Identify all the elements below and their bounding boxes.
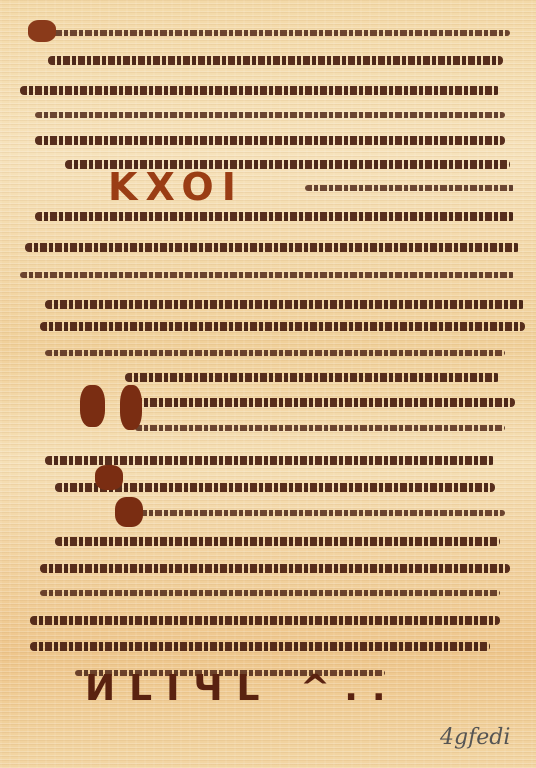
script-line (40, 30, 510, 36)
ink-blot (28, 20, 56, 42)
script-line (45, 300, 525, 309)
script-line (25, 243, 520, 252)
script-line (45, 350, 505, 356)
initial-mark (80, 385, 105, 427)
initial-mark (95, 465, 123, 490)
script-line (135, 425, 505, 431)
script-line (125, 510, 505, 516)
script-line (305, 185, 515, 191)
script-line (20, 86, 500, 95)
script-line (55, 537, 500, 546)
artist-signature: 4gfedi (440, 725, 510, 750)
script-line (135, 398, 515, 407)
script-line (35, 112, 505, 118)
script-line (48, 56, 503, 65)
script-line (35, 136, 505, 145)
script-line (40, 590, 500, 596)
initial-mark (115, 497, 143, 527)
script-line (35, 212, 515, 221)
script-line (45, 456, 495, 465)
script-line (40, 322, 525, 331)
script-line (20, 272, 515, 278)
heading-letters: KXOI (108, 165, 244, 209)
script-line (40, 564, 510, 573)
script-line (30, 642, 490, 651)
initial-mark (120, 385, 142, 430)
script-line (125, 373, 500, 382)
script-line (30, 616, 500, 625)
closing-letters: ИLIЧL ^.. (85, 668, 400, 709)
